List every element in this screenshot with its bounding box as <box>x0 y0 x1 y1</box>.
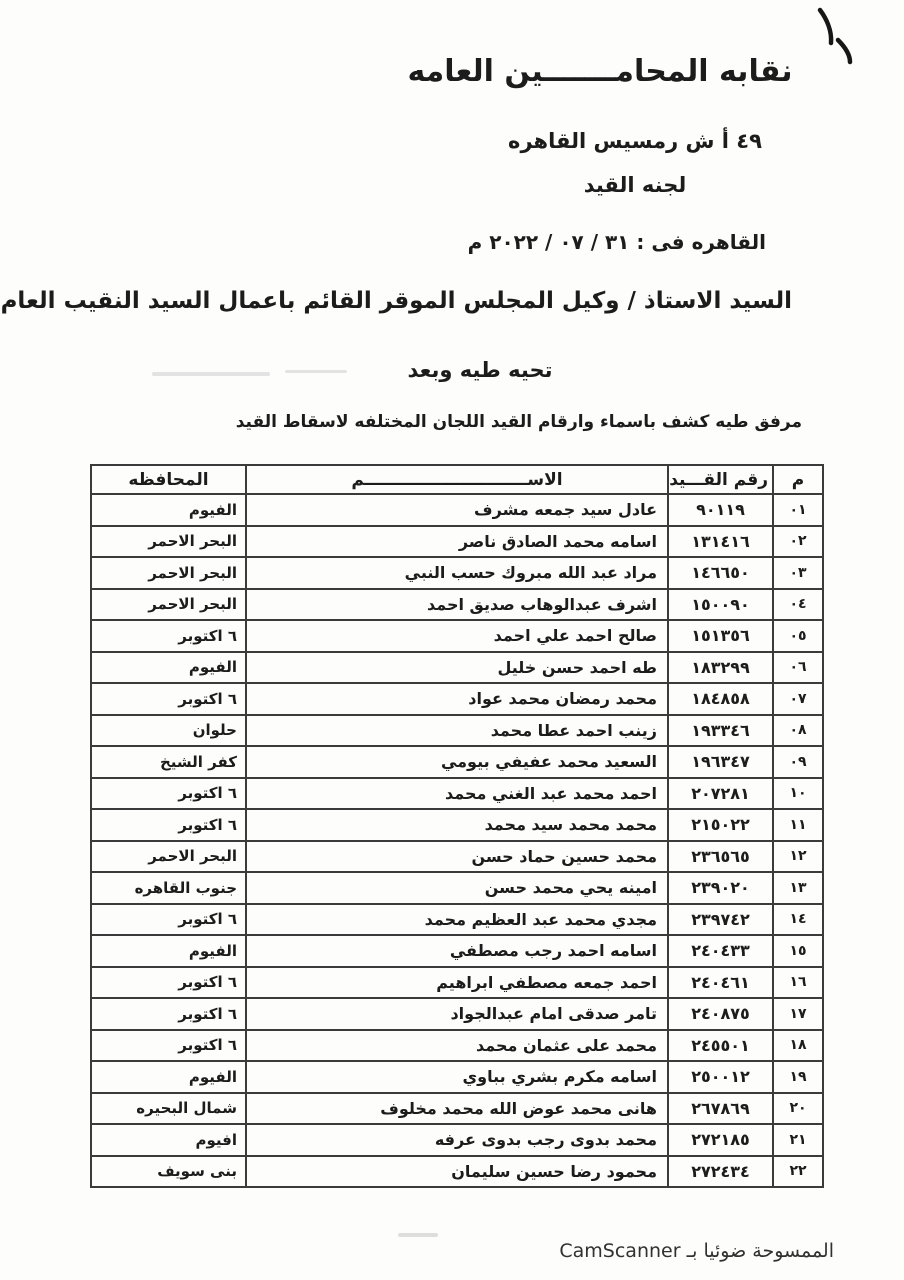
table-row: ٢٠٢٦٧٨٦٩هانى محمد عوض الله محمد مخلوفشما… <box>91 1093 823 1125</box>
org-name: نقابه المحامـــــــين العامه <box>370 54 830 89</box>
name-cell: محمد حسين حماد حسن <box>246 841 668 873</box>
reg-no-cell: ٢٧٢١٨٥ <box>668 1124 773 1156</box>
serial-cell: ٠١ <box>773 494 823 526</box>
table-header-row: م رقم القـــيد الاســـــــــــــــــــــ… <box>91 465 823 494</box>
serial-cell: ٠٣ <box>773 557 823 589</box>
serial-cell: ٠٢ <box>773 526 823 558</box>
governorate-cell: ٦ اكتوبر <box>91 1030 246 1062</box>
reg-no-cell: ٢٥٠٠١٢ <box>668 1061 773 1093</box>
serial-cell: ٠٤ <box>773 589 823 621</box>
scan-smudge <box>398 1233 438 1237</box>
governorate-cell: جنوب القاهره <box>91 872 246 904</box>
governorate-cell: الفيوم <box>91 652 246 684</box>
col-header-name: الاســــــــــــــــــــــــــــم <box>246 465 668 494</box>
table-row: ١٧٢٤٠٨٧٥تامر صدقى امام عبدالجواد٦ اكتوبر <box>91 998 823 1030</box>
reg-no-cell: ١٤٦٦٥٠ <box>668 557 773 589</box>
governorate-cell: حلوان <box>91 715 246 747</box>
governorate-cell: ٦ اكتوبر <box>91 620 246 652</box>
table-row: ٠٦١٨٣٢٩٩طه احمد حسن خليلالفيوم <box>91 652 823 684</box>
table-row: ٠٨١٩٣٣٤٦زينب احمد عطا محمدحلوان <box>91 715 823 747</box>
reg-no-cell: ٢٤٠٤٣٣ <box>668 935 773 967</box>
salutation-line: السيد الاستاذ / وكيل المجلس الموقر القائ… <box>1 288 792 314</box>
reg-no-cell: ١٨٣٢٩٩ <box>668 652 773 684</box>
serial-cell: ١٢ <box>773 841 823 873</box>
col-header-reg-no: رقم القـــيد <box>668 465 773 494</box>
table-row: ٢٢٢٧٢٤٣٤محمود رضا حسين سليمانبنى سويف <box>91 1156 823 1188</box>
name-cell: محمود رضا حسين سليمان <box>246 1156 668 1188</box>
name-cell: محمد محمد سيد محمد <box>246 809 668 841</box>
org-address: ٤٩ أ ش رمسيس القاهره <box>435 129 835 153</box>
col-header-governorate: المحافظه <box>91 465 246 494</box>
governorate-cell: بنى سويف <box>91 1156 246 1188</box>
table-row: ٠١٩٠١١٩عادل سيد جمعه مشرفالفيوم <box>91 494 823 526</box>
serial-cell: ٠٥ <box>773 620 823 652</box>
reg-no-cell: ١٥١٣٥٦ <box>668 620 773 652</box>
governorate-cell: ٦ اكتوبر <box>91 967 246 999</box>
registry-table: م رقم القـــيد الاســـــــــــــــــــــ… <box>90 464 824 1188</box>
camscanner-watermark: الممسوحة ضوئيا بـ CamScanner <box>559 1240 834 1262</box>
name-cell: صالح احمد علي احمد <box>246 620 668 652</box>
table-row: ١١٢١٥٠٢٢محمد محمد سيد محمد٦ اكتوبر <box>91 809 823 841</box>
governorate-cell: ٦ اكتوبر <box>91 998 246 1030</box>
governorate-cell: كفر الشيخ <box>91 746 246 778</box>
governorate-cell: ٦ اكتوبر <box>91 778 246 810</box>
governorate-cell: شمال البحيره <box>91 1093 246 1125</box>
reg-no-cell: ٢٤٠٤٦١ <box>668 967 773 999</box>
reg-no-cell: ٩٠١١٩ <box>668 494 773 526</box>
name-cell: عادل سيد جمعه مشرف <box>246 494 668 526</box>
reg-no-cell: ٢٦٧٨٦٩ <box>668 1093 773 1125</box>
serial-cell: ١٩ <box>773 1061 823 1093</box>
serial-cell: ١٧ <box>773 998 823 1030</box>
name-cell: هانى محمد عوض الله محمد مخلوف <box>246 1093 668 1125</box>
col-header-serial: م <box>773 465 823 494</box>
serial-cell: ٠٧ <box>773 683 823 715</box>
reg-no-cell: ٢١٥٠٢٢ <box>668 809 773 841</box>
serial-cell: ٢١ <box>773 1124 823 1156</box>
governorate-cell: الفيوم <box>91 1061 246 1093</box>
governorate-cell: ٦ اكتوبر <box>91 683 246 715</box>
governorate-cell: ٦ اكتوبر <box>91 904 246 936</box>
serial-cell: ١١ <box>773 809 823 841</box>
governorate-cell: البحر الاحمر <box>91 526 246 558</box>
table-row: ١٠٢٠٧٢٨١احمد محمد عبد الغني محمد٦ اكتوبر <box>91 778 823 810</box>
governorate-cell: ٦ اكتوبر <box>91 809 246 841</box>
date-line: القاهره فى : ٣١ / ٠٧ / ٢٠٢٢ م <box>468 230 766 254</box>
name-cell: مجدي محمد عبد العظيم محمد <box>246 904 668 936</box>
table-row: ١٦٢٤٠٤٦١احمد جمعه مصطفي ابراهيم٦ اكتوبر <box>91 967 823 999</box>
name-cell: اشرف عبدالوهاب صديق احمد <box>246 589 668 621</box>
reg-no-cell: ١٥٠٠٩٠ <box>668 589 773 621</box>
table-row: ١٨٢٤٥٥٠١محمد على عثمان محمد٦ اكتوبر <box>91 1030 823 1062</box>
scan-smudge <box>152 372 270 376</box>
serial-cell: ١٨ <box>773 1030 823 1062</box>
reg-no-cell: ٢٧٢٤٣٤ <box>668 1156 773 1188</box>
name-cell: طه احمد حسن خليل <box>246 652 668 684</box>
name-cell: محمد على عثمان محمد <box>246 1030 668 1062</box>
serial-cell: ١٥ <box>773 935 823 967</box>
name-cell: اسامه محمد الصادق ناصر <box>246 526 668 558</box>
reg-no-cell: ١٩٣٣٤٦ <box>668 715 773 747</box>
serial-cell: ٠٦ <box>773 652 823 684</box>
governorate-cell: البحر الاحمر <box>91 557 246 589</box>
name-cell: اسامه احمد رجب مصطفي <box>246 935 668 967</box>
table-row: ٢١٢٧٢١٨٥محمد بدوى رجب بدوى عرفهافيوم <box>91 1124 823 1156</box>
serial-cell: ٢٠ <box>773 1093 823 1125</box>
reg-no-cell: ٢٣٩٠٢٠ <box>668 872 773 904</box>
committee-name: لجنه القيد <box>435 173 835 197</box>
name-cell: امينه يحي محمد حسن <box>246 872 668 904</box>
name-cell: احمد محمد عبد الغني محمد <box>246 778 668 810</box>
table-row: ١٩٢٥٠٠١٢اسامه مكرم بشري بباويالفيوم <box>91 1061 823 1093</box>
table-row: ١٤٢٣٩٧٤٢مجدي محمد عبد العظيم محمد٦ اكتوب… <box>91 904 823 936</box>
serial-cell: ٠٩ <box>773 746 823 778</box>
reg-no-cell: ٢٠٧٢٨١ <box>668 778 773 810</box>
table-row: ١٣٢٣٩٠٢٠امينه يحي محمد حسنجنوب القاهره <box>91 872 823 904</box>
table-row: ٠٤١٥٠٠٩٠اشرف عبدالوهاب صديق احمدالبحر ال… <box>91 589 823 621</box>
name-cell: زينب احمد عطا محمد <box>246 715 668 747</box>
name-cell: مراد عبد الله مبروك حسب النبي <box>246 557 668 589</box>
name-cell: محمد رمضان محمد عواد <box>246 683 668 715</box>
governorate-cell: افيوم <box>91 1124 246 1156</box>
table-row: ٠٩١٩٦٣٤٧السعيد محمد عفيفي بيوميكفر الشيخ <box>91 746 823 778</box>
table-row: ٠٣١٤٦٦٥٠مراد عبد الله مبروك حسب النبيالب… <box>91 557 823 589</box>
serial-cell: ٢٢ <box>773 1156 823 1188</box>
serial-cell: ٠٨ <box>773 715 823 747</box>
reg-no-cell: ٢٣٦٥٦٥ <box>668 841 773 873</box>
serial-cell: ١٠ <box>773 778 823 810</box>
reg-no-cell: ١٩٦٣٤٧ <box>668 746 773 778</box>
governorate-cell: البحر الاحمر <box>91 841 246 873</box>
table-row: ٠٧١٨٤٨٥٨محمد رمضان محمد عواد٦ اكتوبر <box>91 683 823 715</box>
governorate-cell: البحر الاحمر <box>91 589 246 621</box>
reg-no-cell: ١٣١٤١٦ <box>668 526 773 558</box>
serial-cell: ١٣ <box>773 872 823 904</box>
table-row: ١٢٢٣٦٥٦٥محمد حسين حماد حسنالبحر الاحمر <box>91 841 823 873</box>
greeting-line: تحيه طيه وبعد <box>330 358 630 382</box>
table-row: ٠٥١٥١٣٥٦صالح احمد علي احمد٦ اكتوبر <box>91 620 823 652</box>
scan-smudge <box>285 370 347 373</box>
name-cell: اسامه مكرم بشري بباوي <box>246 1061 668 1093</box>
name-cell: تامر صدقى امام عبدالجواد <box>246 998 668 1030</box>
registry-table-body: ٠١٩٠١١٩عادل سيد جمعه مشرفالفيوم٠٢١٣١٤١٦ا… <box>91 494 823 1187</box>
governorate-cell: الفيوم <box>91 494 246 526</box>
name-cell: احمد جمعه مصطفي ابراهيم <box>246 967 668 999</box>
reg-no-cell: ٢٣٩٧٤٢ <box>668 904 773 936</box>
scanned-document-page: نقابه المحامـــــــين العامه ٤٩ أ ش رمسي… <box>0 0 904 1280</box>
name-cell: محمد بدوى رجب بدوى عرفه <box>246 1124 668 1156</box>
reg-no-cell: ١٨٤٨٥٨ <box>668 683 773 715</box>
governorate-cell: الفيوم <box>91 935 246 967</box>
reg-no-cell: ٢٤٠٨٧٥ <box>668 998 773 1030</box>
subject-line: مرفق طيه كشف باسماء وارقام القيد اللجان … <box>236 412 802 432</box>
name-cell: السعيد محمد عفيفي بيومي <box>246 746 668 778</box>
reg-no-cell: ٢٤٥٥٠١ <box>668 1030 773 1062</box>
serial-cell: ١٦ <box>773 967 823 999</box>
serial-cell: ١٤ <box>773 904 823 936</box>
table-row: ٠٢١٣١٤١٦اسامه محمد الصادق ناصرالبحر الاح… <box>91 526 823 558</box>
table-row: ١٥٢٤٠٤٣٣اسامه احمد رجب مصطفيالفيوم <box>91 935 823 967</box>
